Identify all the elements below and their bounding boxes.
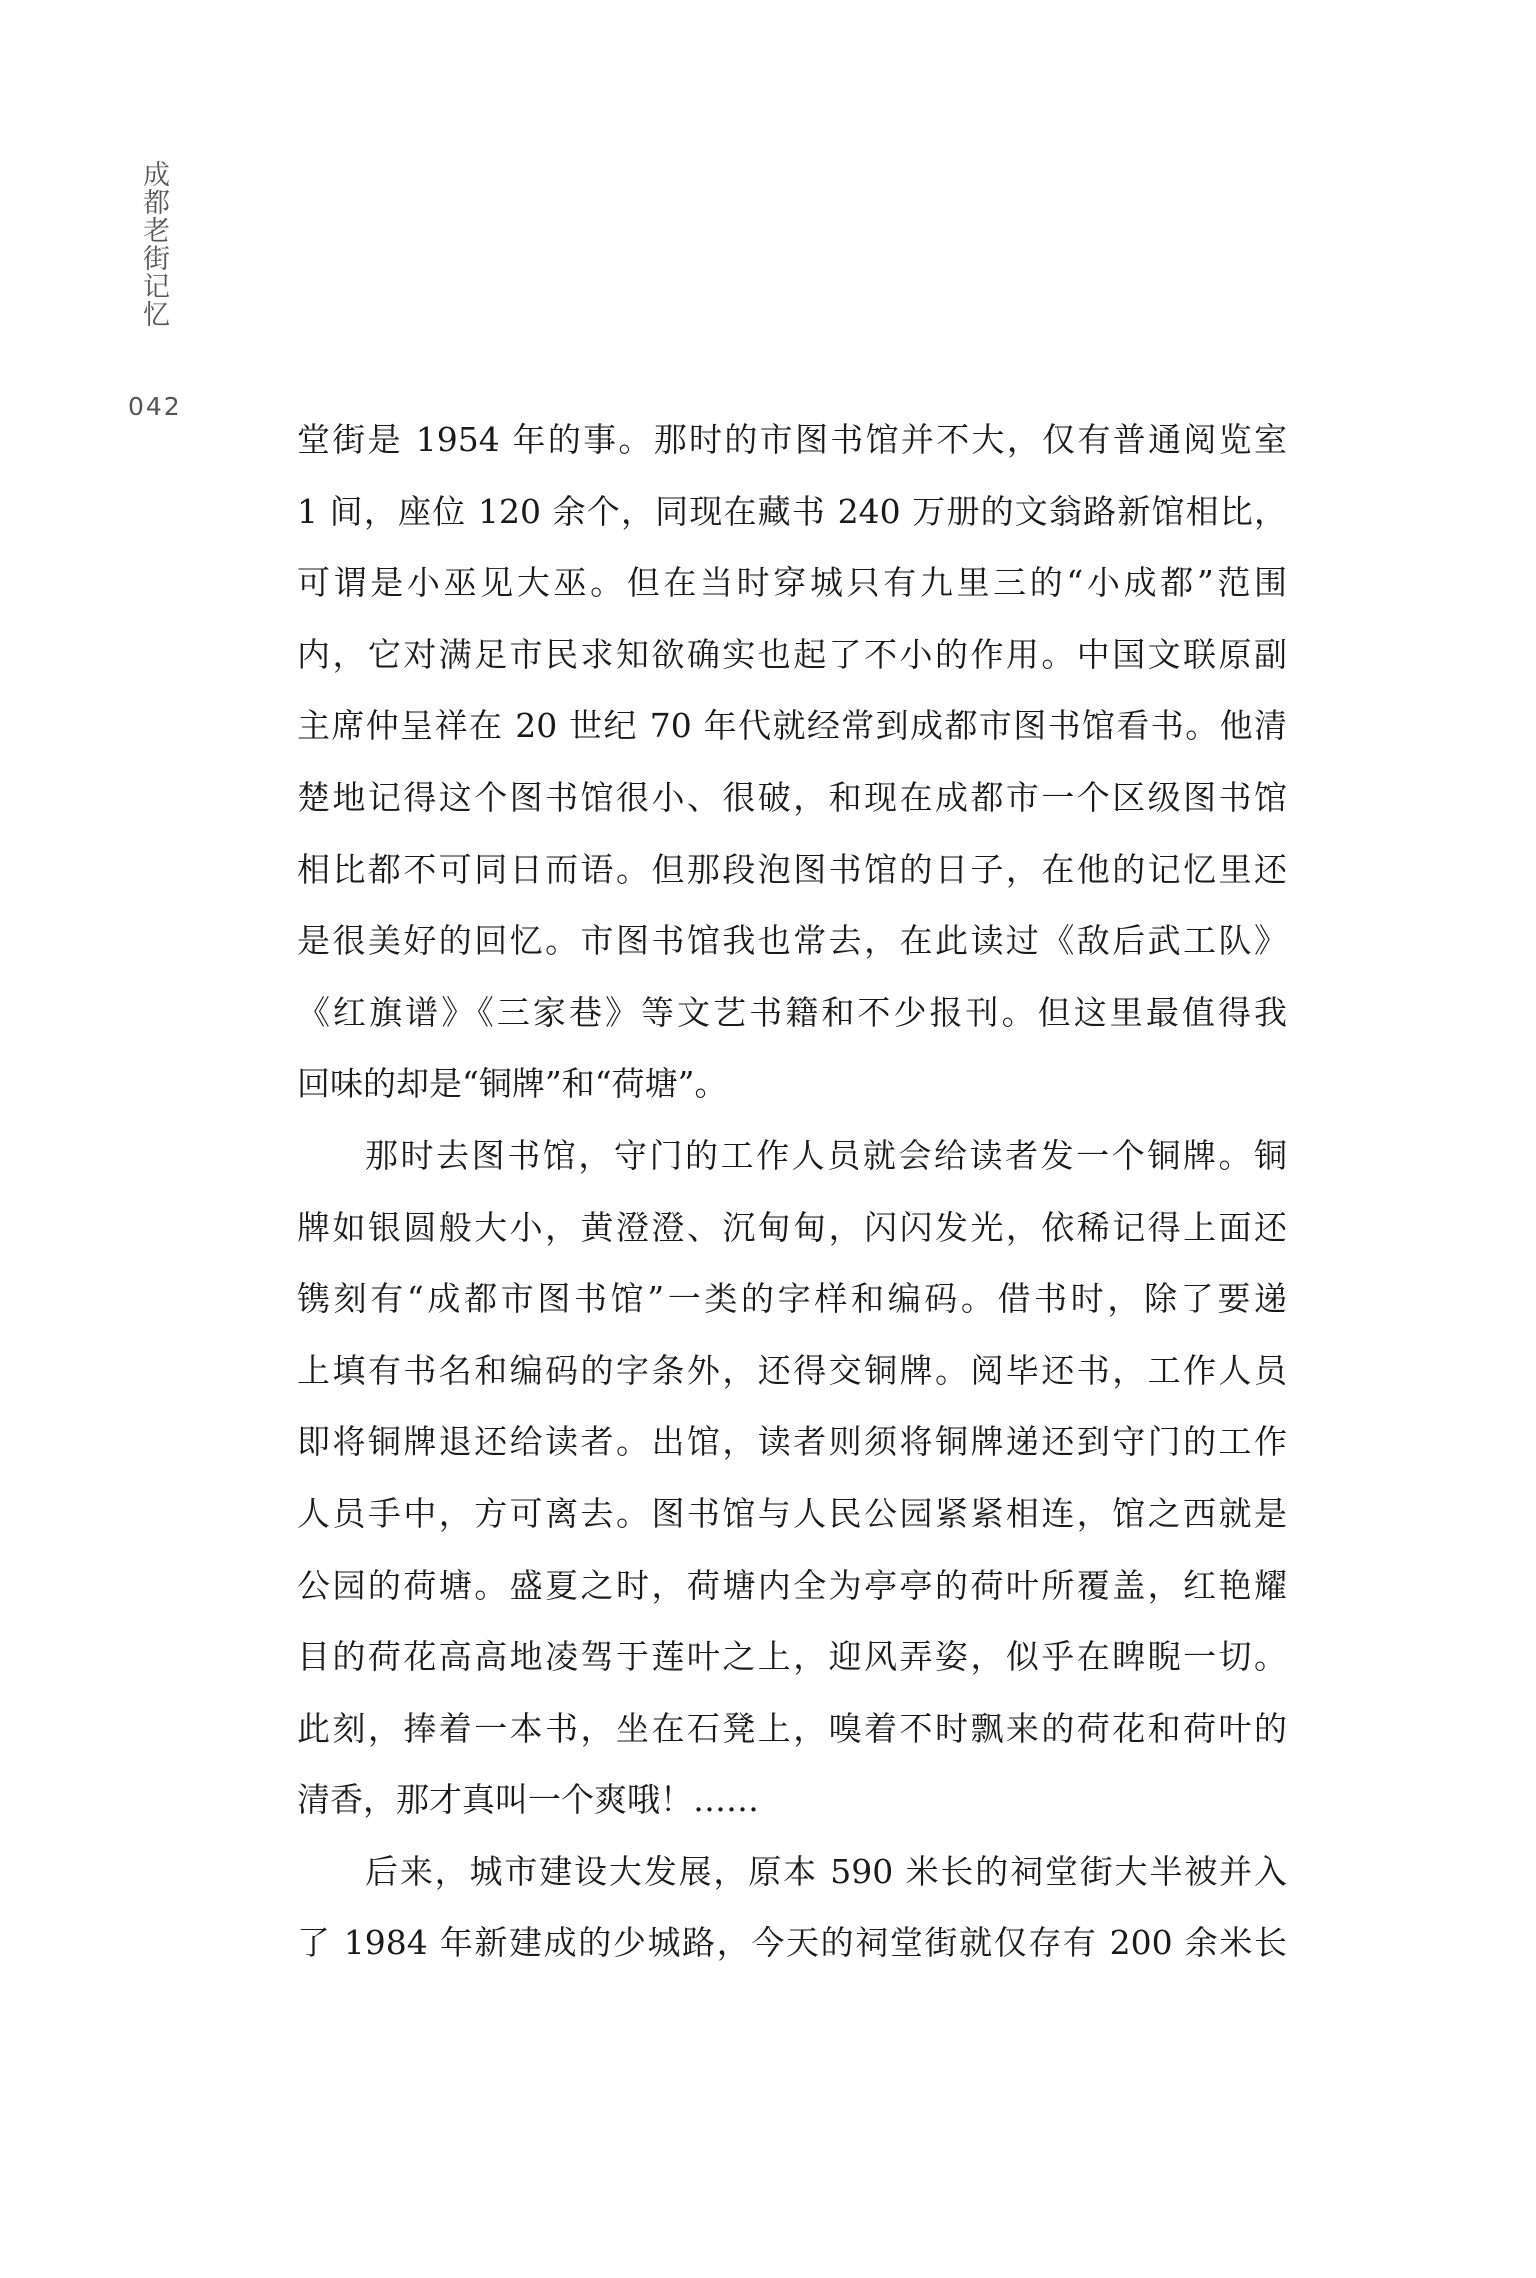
- paragraph-library-history: 堂街是 1954 年的事。那时的市图书馆并不大，仅有普通阅览室 1 间，座位 1…: [297, 404, 1287, 1120]
- text-line: 相比都不可同日而语。但那段泡图书馆的日子，在他的记忆里还: [297, 834, 1287, 906]
- text-line: 内，它对满足市民求知欲确实也起了不小的作用。中国文联原副: [297, 619, 1287, 691]
- paragraph-street-redevelopment: 后来，城市建设大发展，原本 590 米长的祠堂街大半被并入 了 1984 年新建…: [297, 1836, 1287, 1979]
- text-line: 上填有书名和编码的字条外，还得交铜牌。阅毕还书，工作人员: [297, 1335, 1287, 1407]
- text-line: 那时去图书馆，守门的工作人员就会给读者发一个铜牌。铜: [297, 1120, 1287, 1192]
- body-text: 堂街是 1954 年的事。那时的市图书馆并不大，仅有普通阅览室 1 间，座位 1…: [297, 404, 1287, 1979]
- text-line: 了 1984 年新建成的少城路，今天的祠堂街就仅存有 200 余米长: [297, 1907, 1287, 1979]
- text-line: 公园的荷塘。盛夏之时，荷塘内全为亭亭的荷叶所覆盖，红艳耀: [297, 1550, 1287, 1622]
- text-line: 目的荷花高高地凌驾于莲叶之上，迎风弄姿，似乎在睥睨一切。: [297, 1621, 1287, 1693]
- text-line: 堂街是 1954 年的事。那时的市图书馆并不大，仅有普通阅览室: [297, 404, 1287, 476]
- text-line: 此刻，捧着一本书，坐在石凳上，嗅着不时飘来的荷花和荷叶的: [297, 1693, 1287, 1765]
- text-line: 人员手中，方可离去。图书馆与人民公园紧紧相连，馆之西就是: [297, 1478, 1287, 1550]
- text-line: 牌如银圆般大小，黄澄澄、沉甸甸，闪闪发光，依稀记得上面还: [297, 1192, 1287, 1264]
- text-line: 主席仲呈祥在 20 世纪 70 年代就经常到成都市图书馆看书。他清: [297, 690, 1287, 762]
- page-number: 042: [128, 392, 182, 421]
- running-head-book-title: 成都老街记忆: [136, 160, 168, 328]
- text-line: 是很美好的回忆。市图书馆我也常去，在此读过《敌后武工队》: [297, 905, 1287, 977]
- text-line: 回味的却是“铜牌”和“荷塘”。: [297, 1048, 1287, 1120]
- text-line: 镌刻有“成都市图书馆”一类的字样和编码。借书时，除了要递: [297, 1263, 1287, 1335]
- text-line: 后来，城市建设大发展，原本 590 米长的祠堂街大半被并入: [297, 1836, 1287, 1908]
- text-line: 《红旗谱》《三家巷》等文艺书籍和不少报刊。但这里最值得我: [297, 977, 1287, 1049]
- text-line: 可谓是小巫见大巫。但在当时穿城只有九里三的“小成都”范围: [297, 547, 1287, 619]
- text-line: 1 间，座位 120 余个，同现在藏书 240 万册的文翁路新馆相比，: [297, 476, 1287, 548]
- text-line: 即将铜牌退还给读者。出馆，读者则须将铜牌递还到守门的工作: [297, 1406, 1287, 1478]
- paragraph-copper-token: 那时去图书馆，守门的工作人员就会给读者发一个铜牌。铜 牌如银圆般大小，黄澄澄、沉…: [297, 1120, 1287, 1836]
- text-line: 清香，那才真叫一个爽哦！……: [297, 1764, 1287, 1836]
- text-line: 楚地记得这个图书馆很小、很破，和现在成都市一个区级图书馆: [297, 762, 1287, 834]
